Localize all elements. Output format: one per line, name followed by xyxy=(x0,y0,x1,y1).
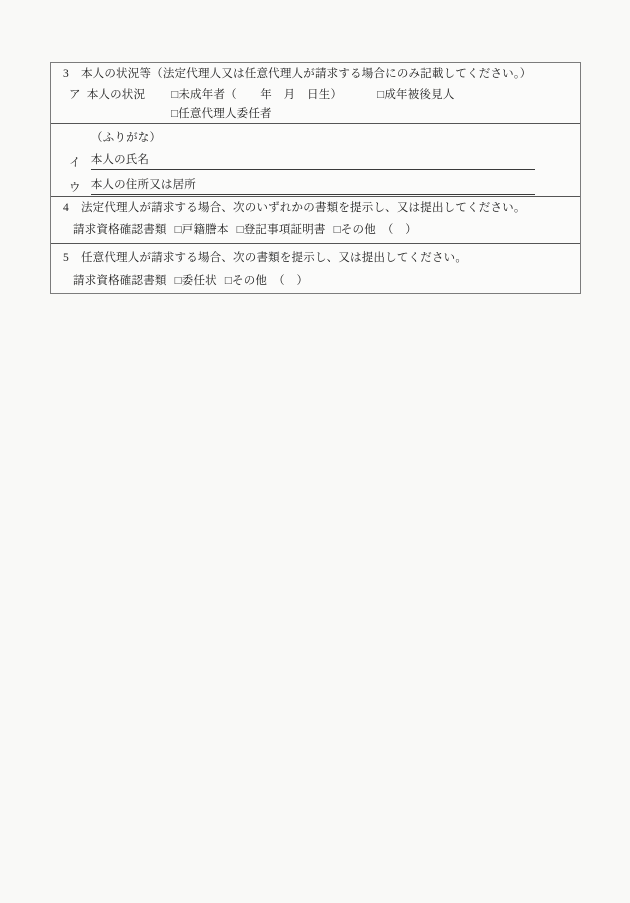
section-4-title: 法定代理人が請求する場合、次のいずれかの書類を提示し、又は提出してください。 xyxy=(81,202,526,214)
principal-name-blank: 本人の氏名 xyxy=(91,153,535,170)
section-5-header: 5任意代理人が請求する場合、次の書類を提示し、又は提出してください。 xyxy=(51,251,580,265)
section-3-number: 3 xyxy=(63,67,69,81)
principal-status-label: 本人の状況 xyxy=(87,89,146,101)
checkbox-family-register-label: 戸籍謄本 xyxy=(182,224,229,236)
section-4-header: 4法定代理人が請求する場合、次のいずれかの書類を提示し、又は提出してください。 xyxy=(51,201,580,215)
section-5-number: 5 xyxy=(63,251,69,265)
checkbox-registration-certificate-label: 登記事項証明書 xyxy=(244,224,326,236)
section-5-title: 任意代理人が請求する場合、次の書類を提示し、又は提出してください。 xyxy=(81,252,467,264)
item-a-kana: ア xyxy=(69,88,81,102)
document-page: { "page": { "background": "#f9f9f7", "te… xyxy=(0,0,630,903)
checkbox-voluntary-delegator: □任意代理人委任者 xyxy=(171,107,272,121)
checkbox-other-section5-label: その他 （ ） xyxy=(232,275,308,287)
checkbox-family-register: □戸籍謄本 xyxy=(175,223,229,237)
request-form-table: 3本人の状況等（法定代理人又は任意代理人が請求する場合にのみ記載してください。）… xyxy=(50,62,581,294)
checkbox-unchecked-icon: □ xyxy=(225,275,232,287)
section-4-docs-label: 請求資格確認書類 xyxy=(73,224,167,236)
checkbox-registration-certificate: □登記事項証明書 xyxy=(237,223,326,237)
principal-identity-row: （ふりがな） イ 本人の氏名 ウ 本人の住所又は居所 xyxy=(51,123,580,196)
item-u-kana: ウ xyxy=(69,181,81,195)
principal-name-label: 本人の氏名 xyxy=(91,154,150,166)
section-3-header: 3本人の状況等（法定代理人又は任意代理人が請求する場合にのみ記載してください。） xyxy=(51,67,580,81)
checkbox-adult-ward: □成年被後見人 xyxy=(377,88,454,102)
principal-status-line: ア本人の状況□未成年者（ 年 月 日生）□成年被後見人 xyxy=(51,88,580,102)
checkbox-power-of-attorney: □委任状 xyxy=(175,274,217,288)
item-i-kana: イ xyxy=(69,156,81,170)
checkbox-unchecked-icon: □ xyxy=(237,224,244,236)
principal-name-field: イ 本人の氏名 xyxy=(51,153,535,170)
checkbox-other-section4-label: その他 （ ） xyxy=(341,224,417,236)
checkbox-voluntary-delegator-label: 任意代理人委任者 xyxy=(178,108,272,120)
section-5-documents-line: 請求資格確認書類□委任状□その他 （ ） xyxy=(51,274,580,288)
voluntary-delegator-line: □任意代理人委任者 xyxy=(51,107,580,121)
principal-address-blank: 本人の住所又は居所 xyxy=(91,178,535,195)
checkbox-unchecked-icon: □ xyxy=(175,224,182,236)
checkbox-unchecked-icon: □ xyxy=(334,224,341,236)
section-4-documents-line: 請求資格確認書類□戸籍謄本□登記事項証明書□その他 （ ） xyxy=(51,223,580,237)
checkbox-unchecked-icon: □ xyxy=(175,275,182,287)
furigana-label: （ふりがな） xyxy=(51,131,580,145)
principal-address-label: 本人の住所又は居所 xyxy=(91,179,196,191)
checkbox-minor: □未成年者（ 年 月 日生） xyxy=(171,88,342,102)
principal-address-field: ウ 本人の住所又は居所 xyxy=(51,178,535,195)
section-3-title: 本人の状況等（法定代理人又は任意代理人が請求する場合にのみ記載してください。） xyxy=(81,68,532,80)
checkbox-adult-ward-label: 成年被後見人 xyxy=(384,89,454,101)
section-4-legal-rep-row: 4法定代理人が請求する場合、次のいずれかの書類を提示し、又は提出してください。 … xyxy=(51,196,580,243)
section-3-status-row: 3本人の状況等（法定代理人又は任意代理人が請求する場合にのみ記載してください。）… xyxy=(51,63,580,123)
section-5-voluntary-rep-row: 5任意代理人が請求する場合、次の書類を提示し、又は提出してください。 請求資格確… xyxy=(51,243,580,293)
checkbox-other-section4: □その他 （ ） xyxy=(334,223,417,237)
checkbox-minor-label: 未成年者（ 年 月 日生） xyxy=(178,89,342,101)
section-5-docs-label: 請求資格確認書類 xyxy=(73,275,167,287)
section-4-number: 4 xyxy=(63,201,69,215)
checkbox-other-section5: □その他 （ ） xyxy=(225,274,308,288)
checkbox-power-of-attorney-label: 委任状 xyxy=(182,275,217,287)
